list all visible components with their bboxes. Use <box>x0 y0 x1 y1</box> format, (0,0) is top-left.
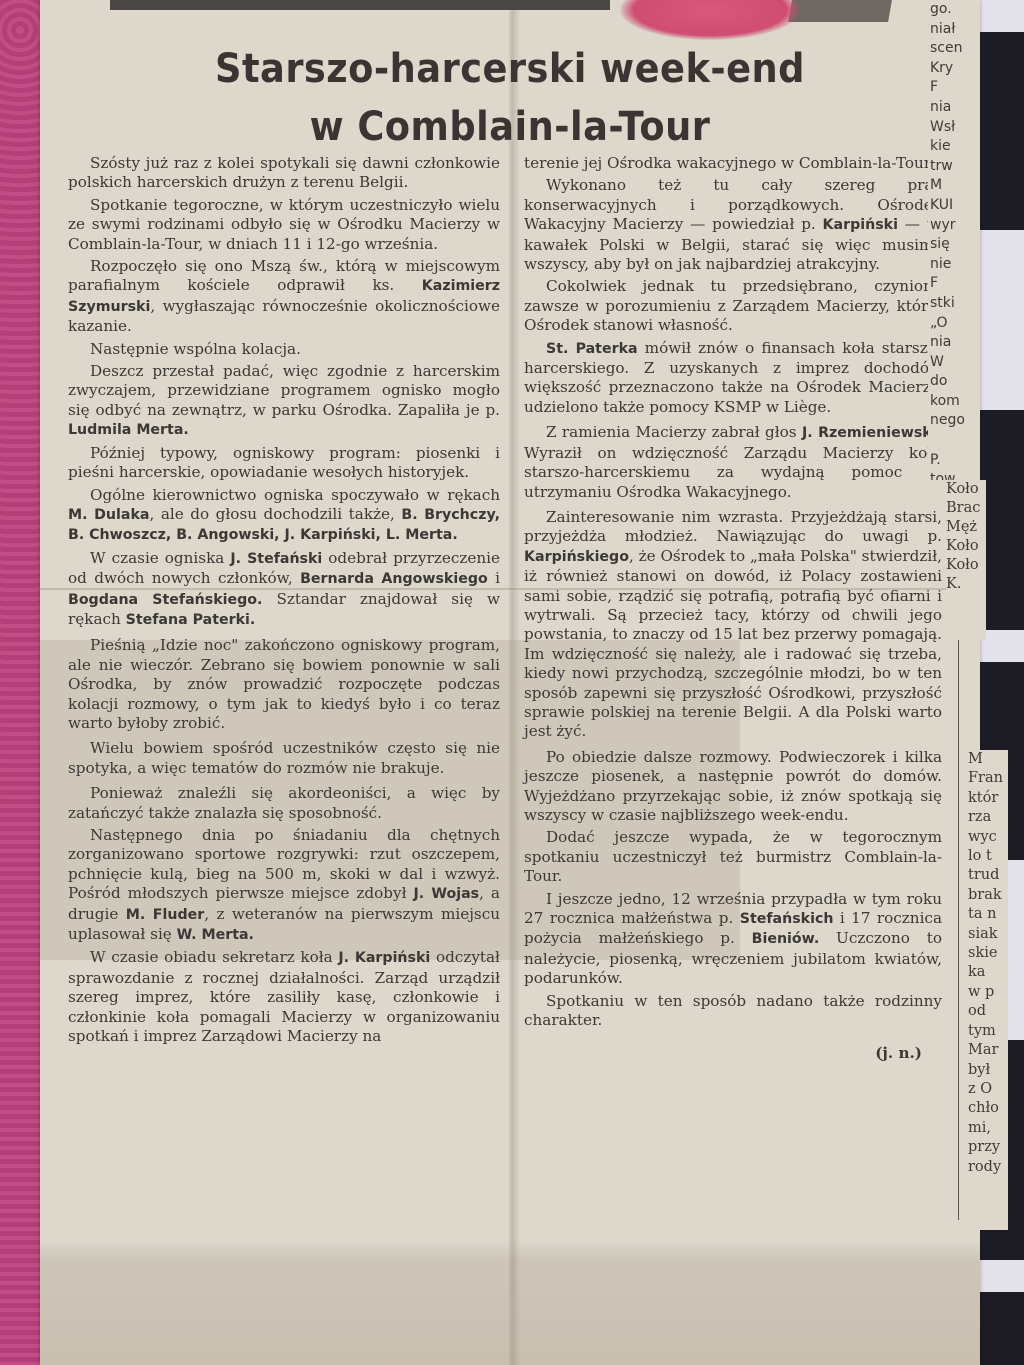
article-paragraph: I jeszcze jedno, 12 września przypadła w… <box>524 890 942 989</box>
fragment-line: Fran <box>968 769 1008 788</box>
article-paragraph: Dodać jeszcze wypada, że w tegorocznym s… <box>524 828 942 886</box>
article-paragraph: Następnego dnia po śniadaniu dla chętnyc… <box>68 826 500 945</box>
fragment-line: rody <box>968 1158 1008 1177</box>
author-signature: (j. n.) <box>524 1044 942 1063</box>
fragment-line: się <box>930 235 978 255</box>
person-name: Bieniów. <box>752 931 820 947</box>
fragment-line: K. <box>946 575 986 594</box>
article-paragraph: Po obiedzie dalsze rozmowy. Podwieczorek… <box>524 748 942 826</box>
fragment-line <box>930 431 978 451</box>
fragment-line: trud <box>968 866 1008 885</box>
article-paragraph: Szósty już raz z kolei spotykali się daw… <box>68 154 500 193</box>
person-name: Bernarda Angowskiego <box>300 571 488 587</box>
fragment-line: Koło <box>946 537 986 556</box>
fragment-line: M <box>968 750 1008 769</box>
fragment-line: „O <box>930 314 978 334</box>
headline-line-2: w Comblain-la-Tour <box>188 98 832 156</box>
fragment-line: nia <box>930 333 978 353</box>
dark-strip <box>110 0 610 10</box>
fragment-line: KUI <box>930 196 978 216</box>
fragment-line: ka <box>968 963 1008 982</box>
fragment-line: Męż <box>946 518 986 537</box>
fragment-line: F <box>930 78 978 98</box>
fragment-line: rza <box>968 808 1008 827</box>
article-paragraph: Spotkanie tegoroczne, w którym uczestnic… <box>68 196 500 254</box>
adjacent-article-fragment-middle: KołoBracMężKołoKołoK. <box>946 480 986 640</box>
fragment-line: F <box>930 274 978 294</box>
fragment-line: stki <box>930 294 978 314</box>
person-name: J. Stefański <box>230 551 322 567</box>
article-paragraph: Zainteresowanie nim wzrasta. Przyjeżdżaj… <box>524 508 942 742</box>
headline-line-1: Starszo-harcerski week-end <box>188 40 832 98</box>
fragment-line: tym <box>968 1022 1008 1041</box>
article-column-left: Szósty już raz z kolei spotykali się daw… <box>68 154 500 1049</box>
fragment-line: kie <box>930 137 978 157</box>
fragment-line: Mar <box>968 1041 1008 1060</box>
fragment-line: trw <box>930 157 978 177</box>
person-name: J. Rzemieniewski. <box>802 425 942 441</box>
fragment-line: Kry <box>930 59 978 79</box>
fragment-line: skie <box>968 944 1008 963</box>
fragment-line: był <box>968 1061 1008 1080</box>
fragment-line: siak <box>968 925 1008 944</box>
article-paragraph: St. Paterka mówił znów o finansach koła … <box>524 339 942 418</box>
fragment-line: mi, <box>968 1119 1008 1138</box>
fragment-line: nego <box>930 411 978 431</box>
person-name: M. Dulaka <box>68 507 149 523</box>
fragment-line: brak <box>968 886 1008 905</box>
article-column-right: terenie jej Ośrodka wakacyjnego w Combla… <box>524 154 942 1064</box>
article-paragraph: Cokolwiek jednak tu przedsiębrano, czyni… <box>524 277 942 335</box>
article-headline: Starszo-harcerski week-end w Comblain-la… <box>188 40 832 156</box>
article-paragraph: Deszcz przestał padać, więc zgodnie z ha… <box>68 362 500 441</box>
fragment-line: do <box>930 372 978 392</box>
article-paragraph: Ponieważ znaleźli się akordeoniści, a wi… <box>68 784 500 823</box>
fragment-line: wyr <box>930 216 978 236</box>
fragment-line: niał <box>930 20 978 40</box>
adjacent-article-fragment-bottom: MFranktórrzawyclo ttrudbrakta nsiakskiek… <box>968 750 1008 1230</box>
fragment-line: W <box>930 353 978 373</box>
fragment-line: z O <box>968 1080 1008 1099</box>
person-name: J. Wojas <box>414 886 480 902</box>
fragment-line: M <box>930 176 978 196</box>
fragment-line: Koło <box>946 480 986 499</box>
article-paragraph: Wykonano też tu cały szereg prac konserw… <box>524 176 942 274</box>
fragment-line: go. <box>930 0 978 20</box>
fragment-line: ta n <box>968 905 1008 924</box>
article-paragraph: W czasie obiadu sekretarz koła J. Karpiń… <box>68 948 500 1046</box>
person-name: Ludmila Merta. <box>68 422 189 438</box>
fragment-line: Wsł <box>930 118 978 138</box>
fragment-line: któr <box>968 789 1008 808</box>
fragment-line: wyc <box>968 828 1008 847</box>
fragment-line: P. <box>930 451 978 471</box>
person-name: Bogdana Stefańskiego. <box>68 592 262 608</box>
article-paragraph: Pieśnią „Idzie noc" zakończono ogniskowy… <box>68 636 500 733</box>
person-name: Stefana Paterki. <box>126 612 256 628</box>
article-paragraph: Spotkaniu w ten sposób nadano także rodz… <box>524 992 942 1031</box>
fragment-line: Brac <box>946 499 986 518</box>
person-name: Karpińskiego <box>524 549 629 565</box>
fragment-line: Koło <box>946 556 986 575</box>
fragment-line: przy <box>968 1138 1008 1157</box>
fragment-line: lo t <box>968 847 1008 866</box>
person-name: Karpiński <box>823 217 898 233</box>
article-paragraph: Następnie wspólna kolacja. <box>68 340 500 359</box>
dark-strip <box>788 0 892 22</box>
person-name: M. Fluder <box>126 907 204 923</box>
fragment-line: od <box>968 1002 1008 1021</box>
article-paragraph: Wielu bowiem spośród uczestników często … <box>68 739 500 778</box>
fragment-line: scen <box>930 39 978 59</box>
person-name: W. Merta. <box>177 927 254 943</box>
person-name: Kazimierz Szymurski <box>68 278 500 314</box>
article-paragraph: Z ramienia Macierzy zabrał głos J. Rzemi… <box>524 423 942 502</box>
article-paragraph: Ogólne kierownictwo ogniska spoczywało w… <box>68 486 500 546</box>
article-paragraph: Rozpoczęło się ono Mszą św., którą w mie… <box>68 257 500 337</box>
fragment-line: chło <box>968 1099 1008 1118</box>
fragment-line: kom <box>930 392 978 412</box>
article-paragraph: terenie jej Ośrodka wakacyjnego w Combla… <box>524 154 942 173</box>
fragment-line: nie <box>930 255 978 275</box>
person-name: St. Paterka <box>546 341 638 357</box>
person-name: J. Karpiński <box>338 950 430 966</box>
fragment-line: nia <box>930 98 978 118</box>
adjacent-article-fragment-top: go.niałscenKry FniaWsłkietrw MKUIwyrsięn… <box>928 0 978 480</box>
fragment-line: w p <box>968 983 1008 1002</box>
person-name: Stefańskich <box>740 911 834 927</box>
fragment-line: tow <box>930 470 978 480</box>
article-paragraph: Później typowy, ogniskowy program: piose… <box>68 444 500 483</box>
article-paragraph: W czasie ogniska J. Stefański odebrał pr… <box>68 549 500 631</box>
